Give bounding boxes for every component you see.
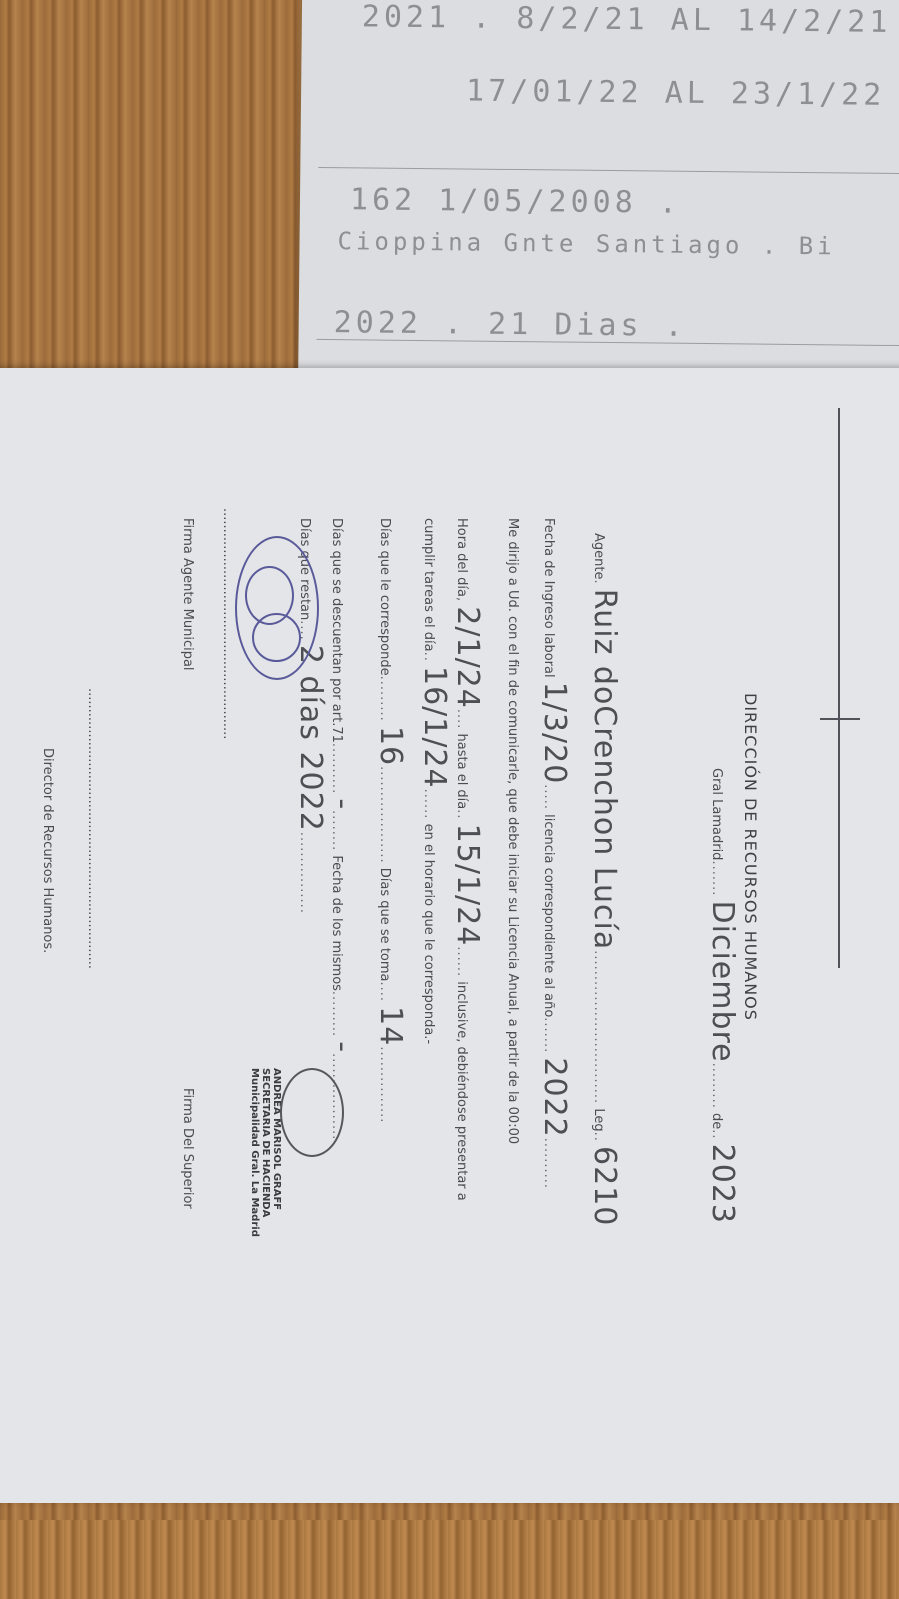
fecha-mismos-value: - — [325, 1041, 360, 1053]
director-signature-line: ........................................… — [85, 688, 100, 969]
restan-value: 2 días 2022 — [293, 645, 328, 832]
firma-agente-label: Firma Agente Municipal — [180, 518, 195, 671]
date-de-label: de — [709, 1113, 724, 1129]
agente-name: Ruiz doCrenchon Lucía — [587, 589, 622, 950]
note-line: 162 1/05/2008 . — [350, 182, 681, 220]
agente-label: Agente — [591, 533, 606, 579]
inclusive-label: inclusive, debiéndose presentar a — [454, 981, 469, 1200]
licencia-year: 2022 — [537, 1057, 572, 1137]
stamp-line: ANDREA MARISOL GRAFF — [271, 1068, 282, 1237]
dias-line: Días que le corresponde......... 16.....… — [373, 518, 408, 1123]
note-line: Cioppina Gnte Santiago . Bi — [337, 227, 835, 260]
date-month: Diciembre — [705, 901, 740, 1063]
date-line: Gral Lamadrid....... Diciembre......... … — [705, 768, 740, 1224]
note-line: 17/01/22 AL 23/1/22 . 7 — [466, 73, 899, 113]
firma-agente-line: ........................................… — [220, 508, 235, 739]
notes-sheet: 2021 . 8/2/21 AL 14/2/21 . 7 D 17/01/22 … — [298, 0, 899, 413]
descuentos-value: - — [325, 798, 360, 810]
place-label: Gral Lamadrid — [709, 768, 724, 860]
descuentos-line: Días que se descuentan por art.71.......… — [325, 518, 360, 1140]
leave-form: DIRECCIÓN DE RECURSOS HUMANOS Gral Lamad… — [0, 368, 899, 1503]
director-label: Director de Recursos Humanos. — [40, 748, 55, 953]
ingreso-value: 1/3/20 — [537, 682, 572, 785]
wooden-table — [0, 1520, 899, 1599]
stamp: ANDREA MARISOL GRAFF SECRETARIA DE HACIE… — [249, 1068, 282, 1237]
stamp-line: SECRETARIA DE HACIENDA — [260, 1068, 271, 1237]
retorno-value: 16/1/24 — [417, 666, 452, 789]
agent-signature-loop — [252, 613, 301, 662]
retorno-line: cumplir tareas el día.. 16/1/24...... en… — [417, 518, 452, 1044]
corresponde-value: 16 — [373, 726, 408, 766]
leg-value: 6210 — [587, 1146, 622, 1226]
form-title: DIRECCIÓN DE RECURSOS HUMANOS — [741, 693, 760, 1021]
licencia-label: licencia correspondiente al año — [541, 814, 556, 1017]
agente-line: Agente. Ruiz doCrenchon Lucía...........… — [587, 533, 622, 1226]
hasta-label: hasta el día — [454, 734, 469, 810]
date-year: 2023 — [705, 1144, 740, 1224]
notes-divider — [318, 167, 899, 174]
periodo-line: Hora del día, 2/1/24.... hasta el día.. … — [450, 518, 485, 1201]
border-rule — [838, 408, 840, 968]
hora-label: Hora del día — [454, 518, 469, 597]
stamp-line: Municipalidad Gral. La Madrid — [249, 1068, 260, 1237]
toma-value: 14 — [373, 1006, 408, 1046]
fecha-mismos-label: Fecha de los mismos — [329, 855, 344, 991]
note-line: 2022 . 21 Dias . — [334, 305, 687, 344]
retorno-label: cumplir tareas el día — [421, 518, 436, 652]
retorno-suffix: en el horario que le corresponda.- — [421, 824, 436, 1045]
note-line: 2021 . 8/2/21 AL 14/2/21 . 7 D — [362, 0, 899, 41]
ingreso-label: Fecha de Ingreso laboral — [541, 518, 556, 678]
leg-label: Leg — [591, 1108, 606, 1131]
hasta-value: 15/1/24 — [450, 824, 485, 947]
toma-label: Días que se toma — [377, 868, 392, 982]
desde-value: 2/1/24 — [450, 606, 485, 709]
body-line-1: Me dirijo a Ud. con el fin de comunicarl… — [505, 518, 520, 1144]
corresponde-label: Días que le corresponde — [377, 518, 392, 676]
firma-superior-label: Firma Del Superior — [180, 1088, 195, 1209]
superior-signature — [280, 1068, 344, 1157]
ingreso-line: Fecha de Ingreso laboral 1/3/20..... lic… — [537, 518, 572, 1189]
border-rule — [820, 718, 860, 720]
descuentos-label: Días que se descuentan por art.71 — [329, 518, 344, 743]
